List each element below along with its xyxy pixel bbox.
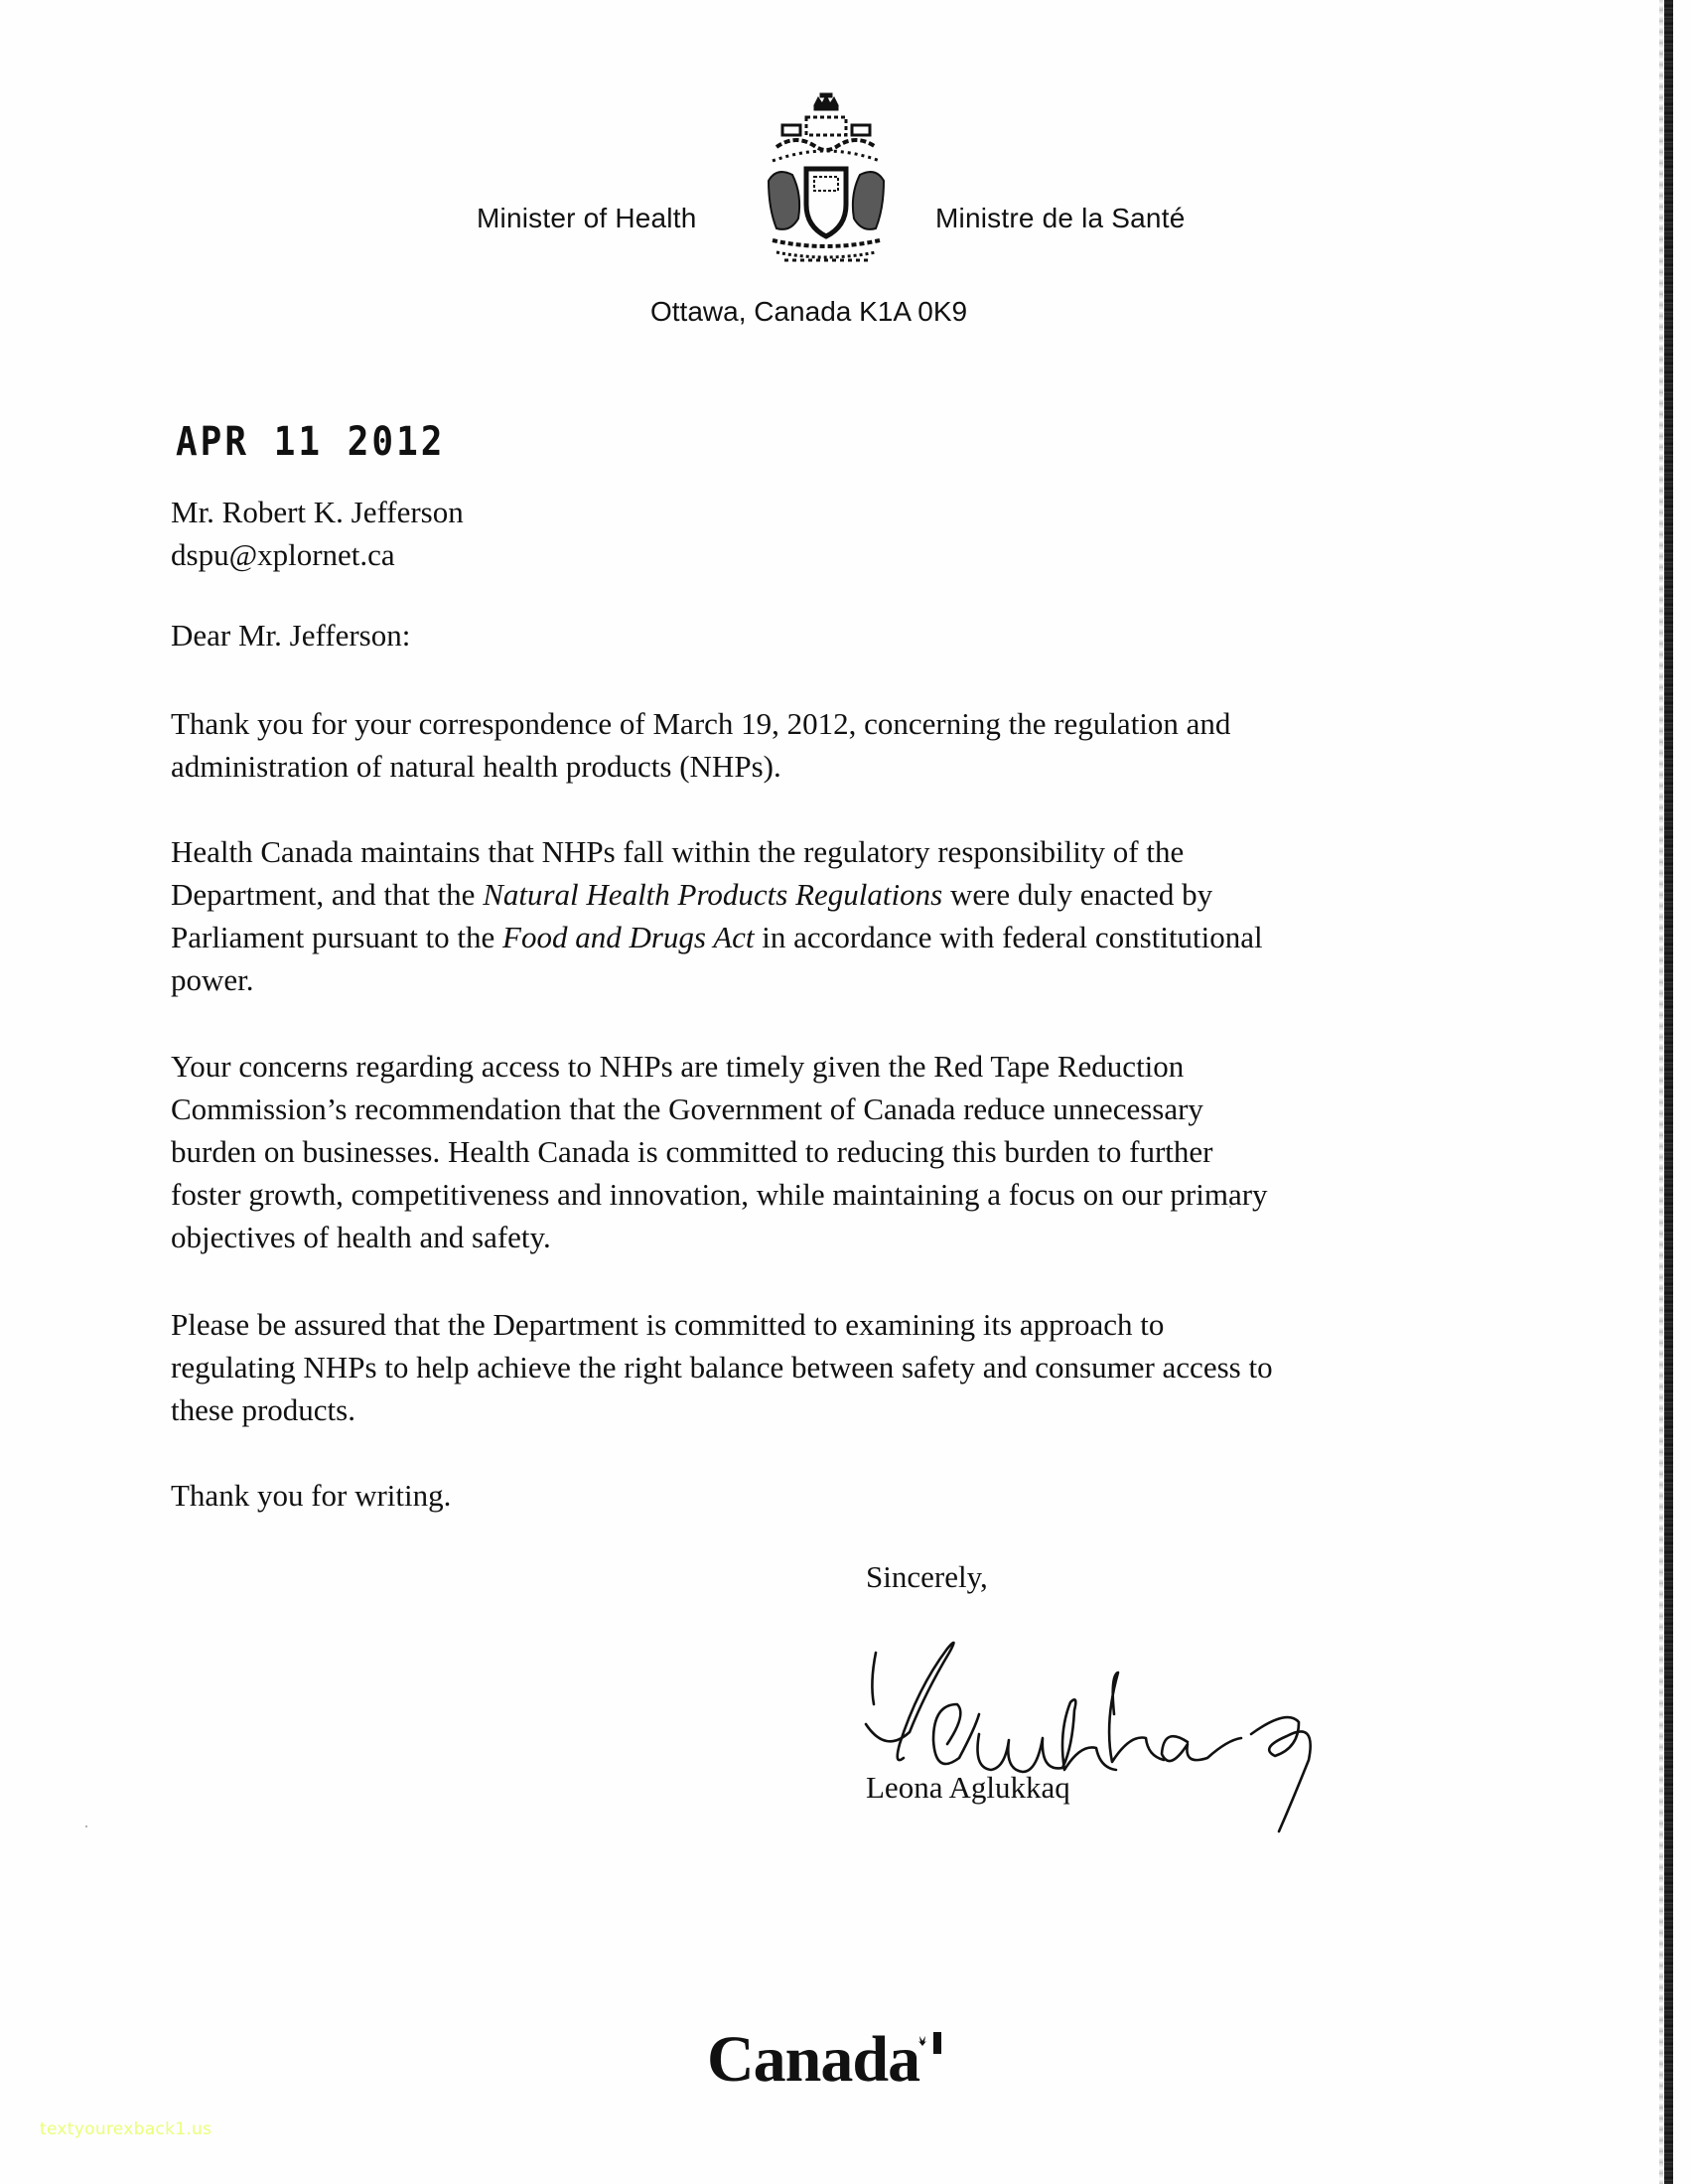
italic-title: Food and Drugs Act bbox=[502, 920, 754, 954]
scan-edge-artifact bbox=[1664, 0, 1673, 2184]
paragraph-line: Thank you for your correspondence of Mar… bbox=[171, 702, 1491, 745]
body-paragraph: Please be assured that the Department is… bbox=[171, 1303, 1491, 1431]
coat-of-arms-icon bbox=[763, 91, 890, 265]
body-paragraph: Thank you for your correspondence of Mar… bbox=[171, 702, 1491, 788]
paragraph-line: foster growth, competitiveness and innov… bbox=[171, 1173, 1491, 1216]
paragraph-line: Health Canada maintains that NHPs fall w… bbox=[171, 830, 1491, 873]
letterhead-french-title: Ministre de la Santé bbox=[935, 203, 1185, 234]
scan-speck bbox=[85, 1825, 87, 1827]
italic-title: Natural Health Products Regulations bbox=[483, 877, 942, 912]
letterhead-english-title: Minister of Health bbox=[477, 203, 696, 234]
body-paragraph: Health Canada maintains that NHPs fall w… bbox=[171, 830, 1491, 1001]
body-paragraph: Thank you for writing. bbox=[171, 1474, 1491, 1517]
paragraph-line: these products. bbox=[171, 1388, 1491, 1431]
canada-wordmark: Canada bbox=[707, 2022, 919, 2098]
paragraph-line: burden on businesses. Health Canada is c… bbox=[171, 1130, 1491, 1173]
paragraph-line: Department, and that the Natural Health … bbox=[171, 873, 1491, 916]
date-stamp: APR 11 2012 bbox=[176, 419, 445, 465]
paragraph-line: objectives of health and safety. bbox=[171, 1216, 1491, 1258]
signer-name: Leona Aglukkaq bbox=[866, 1770, 1070, 1806]
paragraph-line: Your concerns regarding access to NHPs a… bbox=[171, 1045, 1491, 1088]
paragraph-line: Thank you for writing. bbox=[171, 1474, 1491, 1517]
letter-page: Minister of Health Ministre de la Santé bbox=[0, 0, 1691, 2184]
body-paragraph: Your concerns regarding access to NHPs a… bbox=[171, 1045, 1491, 1258]
paragraph-line: power. bbox=[171, 958, 1491, 1001]
recipient-email: dspu@xplornet.ca bbox=[171, 533, 464, 576]
paragraph-line: Please be assured that the Department is… bbox=[171, 1303, 1491, 1346]
paragraph-line: Commission’s recommendation that the Gov… bbox=[171, 1088, 1491, 1130]
closing: Sincerely, bbox=[866, 1559, 988, 1595]
paragraph-line: regulating NHPs to help achieve the righ… bbox=[171, 1346, 1491, 1388]
canada-flag-icon bbox=[914, 2032, 943, 2056]
scan-speck bbox=[1229, 1206, 1231, 1208]
paragraph-line: administration of natural health product… bbox=[171, 745, 1491, 788]
salutation: Dear Mr. Jefferson: bbox=[171, 618, 410, 654]
recipient-name: Mr. Robert K. Jefferson bbox=[171, 491, 464, 533]
paragraph-line: Parliament pursuant to the Food and Drug… bbox=[171, 916, 1491, 958]
watermark-text: textyourexback1.us bbox=[40, 2119, 211, 2139]
letterhead-address: Ottawa, Canada K1A 0K9 bbox=[650, 296, 967, 328]
recipient-block: Mr. Robert K. Jefferson dspu@xplornet.ca bbox=[171, 491, 464, 576]
